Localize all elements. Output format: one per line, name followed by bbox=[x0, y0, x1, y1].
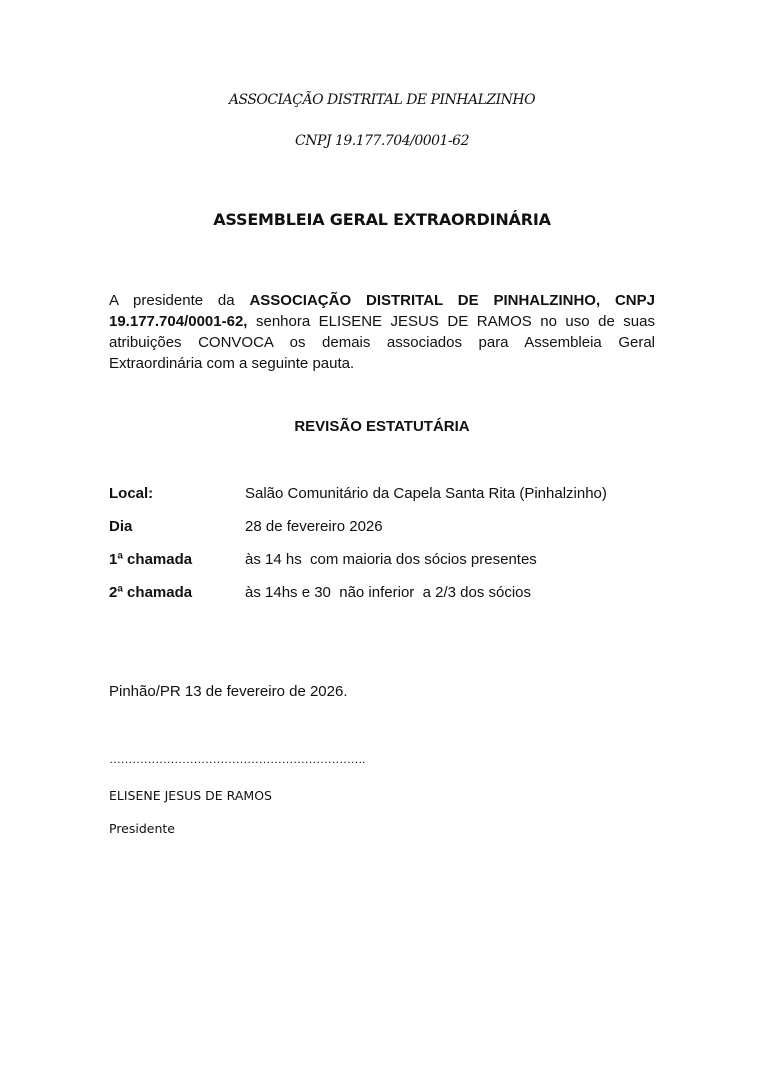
signature-line: …………………………………………………………. bbox=[109, 752, 365, 766]
signatory-name: ELISENE JESUS DE RAMOS bbox=[109, 788, 272, 803]
signatory-role: Presidente bbox=[109, 821, 175, 836]
detail-row-second-call: 2ª chamada às 14hs e 30 não inferior a 2… bbox=[109, 584, 669, 604]
detail-label: Local: bbox=[109, 485, 153, 502]
detail-value: às 14 hs com maioria dos sócios presente… bbox=[245, 551, 537, 568]
convocation-paragraph: A presidente da ASSOCIAÇÃO DISTRITAL DE … bbox=[109, 290, 655, 374]
document-page: ASSOCIAÇÃO DISTRITAL DE PINHALZINHO CNPJ… bbox=[0, 0, 764, 1080]
detail-row-dia: Dia 28 de fevereiro 2026 bbox=[109, 518, 669, 538]
detail-label: 2ª chamada bbox=[109, 584, 192, 601]
place-date: Pinhão/PR 13 de fevereiro de 2026. bbox=[109, 683, 348, 700]
detail-value: às 14hs e 30 não inferior a 2/3 dos sóci… bbox=[245, 584, 531, 601]
detail-label: 1ª chamada bbox=[109, 551, 192, 568]
detail-row-local: Local: Salão Comunitário da Capela Santa… bbox=[109, 485, 669, 505]
detail-label: Dia bbox=[109, 518, 132, 535]
cnpj-header: CNPJ 19.177.704/0001-62 bbox=[0, 133, 764, 149]
intro-text: A presidente da bbox=[109, 292, 249, 309]
document-title: ASSEMBLEIA GERAL EXTRAORDINÁRIA bbox=[0, 210, 764, 229]
detail-value: 28 de fevereiro 2026 bbox=[245, 518, 383, 535]
detail-value: Salão Comunitário da Capela Santa Rita (… bbox=[245, 485, 607, 502]
organization-header: ASSOCIAÇÃO DISTRITAL DE PINHALZINHO bbox=[0, 92, 764, 108]
detail-row-first-call: 1ª chamada às 14 hs com maioria dos sóci… bbox=[109, 551, 669, 571]
agenda-title: REVISÃO ESTATUTÁRIA bbox=[0, 418, 764, 435]
